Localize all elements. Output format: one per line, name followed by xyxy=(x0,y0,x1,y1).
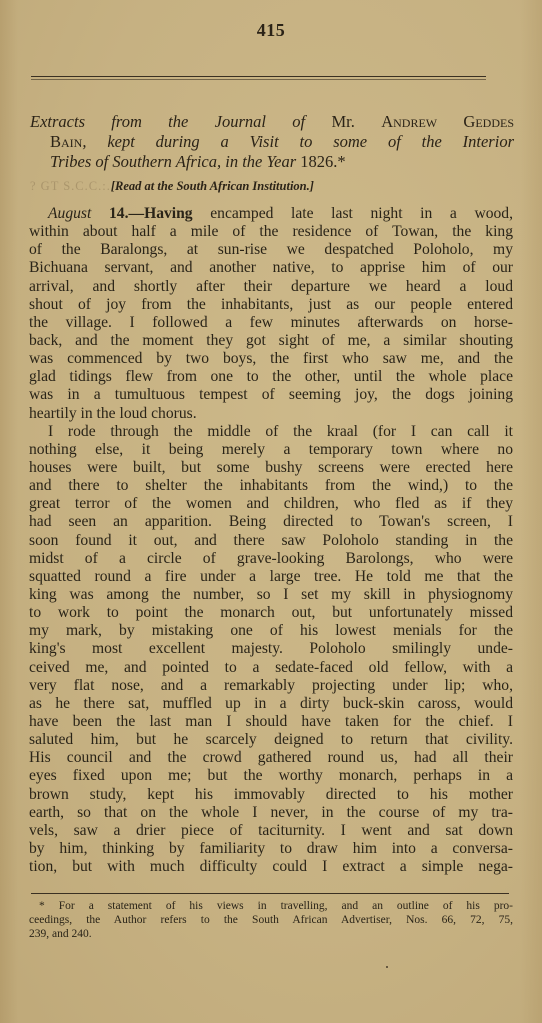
page-number: 415 xyxy=(0,20,542,41)
body-line: vels, saw a drier piece of taciturnity. … xyxy=(29,822,513,840)
footnote: * For a statement of his views in travel… xyxy=(29,899,513,941)
body-line: was commenced by two boys, the first who… xyxy=(29,350,513,368)
title-text: , kept during a Visit to some of the Int… xyxy=(82,132,514,151)
book-page: 415 Extracts from the Journal of Mr. And… xyxy=(0,0,542,1023)
body-line: great terror of the women and children, … xyxy=(29,495,513,513)
body-line: the village. I followed a few minutes af… xyxy=(29,314,513,332)
body-line: by him, thinking by familiarity to draw … xyxy=(29,840,513,858)
body-line: as he there sat, muffled up in a dirty b… xyxy=(29,695,513,713)
body-line: August 14.—Having encamped late last nig… xyxy=(29,205,513,223)
body-line: of the Baralongs, at sun-rise we despatc… xyxy=(29,241,513,259)
body-line: within about half a mile of the residenc… xyxy=(29,223,513,241)
body-line: had seen an apparition. Being directed t… xyxy=(29,513,513,531)
body-text: August 14.—Having encamped late last nig… xyxy=(29,205,513,876)
body-line: I rode through the middle of the kraal (… xyxy=(29,423,513,441)
read-note: ? GT S.C.C.:.[Read at the South African … xyxy=(30,179,314,194)
title-text: Extracts from the Journal of xyxy=(30,112,305,131)
body-line: was in a tumultuous tempest of seeming j… xyxy=(29,386,513,404)
body-line: have been the last man I should have tak… xyxy=(29,713,513,731)
title-text: Tribes of Southern Africa, in the Year xyxy=(50,152,296,171)
header-rule xyxy=(31,76,486,77)
footnote-line: ceedings, the Author refers to the South… xyxy=(29,913,513,927)
title-honorific: Mr. xyxy=(331,112,354,131)
body-line: midst of a circle of grave-looking Barol… xyxy=(29,550,513,568)
body-line: nothing else, it being merely a temporar… xyxy=(29,441,513,459)
body-line: saluted him, but he scarcely deigned to … xyxy=(29,731,513,749)
body-line: earth, so that on the whole I never, in … xyxy=(29,804,513,822)
footnote-rule xyxy=(31,893,509,894)
body-line: my mark, by mistaking one of his lowest … xyxy=(29,622,513,640)
body-line: eyes fixed upon me; but the worthy monar… xyxy=(29,767,513,785)
body-line: brown study, kept his immovably directed… xyxy=(29,786,513,804)
body-line: and there to shelter the inhabitants fro… xyxy=(29,477,513,495)
body-line: soon found it out, and there saw Polohol… xyxy=(29,532,513,550)
body-line: heartily in the loud chorus. xyxy=(29,405,513,423)
read-note-text: [Read at the South African Institution.] xyxy=(111,179,314,193)
header-rule-secondary xyxy=(31,79,486,80)
body-line: ceived me, and pointed to a sedate-faced… xyxy=(29,659,513,677)
body-line: shout of joy from the inhabitants, just … xyxy=(29,296,513,314)
paper-speck xyxy=(386,966,388,968)
body-line: king's most excellent majesty. Poloholo … xyxy=(29,640,513,658)
body-line: to work to point the monarch out, but un… xyxy=(29,604,513,622)
body-line: Bichuana servant, and another native, to… xyxy=(29,259,513,277)
body-line: arrival, and shortly after their departu… xyxy=(29,278,513,296)
body-line-text: Having encamped late last night in a woo… xyxy=(144,205,513,222)
title-line-3: Tribes of Southern Africa, in the Year 1… xyxy=(30,152,514,172)
author-name: Andrew Geddes xyxy=(381,112,514,131)
bleed-through-text: ? GT S.C.C.:. xyxy=(30,179,111,193)
body-line: glad tidings flew from one to the other,… xyxy=(29,368,513,386)
entry-date: August xyxy=(48,205,91,222)
body-line: squatted round a fire under a large tree… xyxy=(29,568,513,586)
article-title: Extracts from the Journal of Mr. Andrew … xyxy=(30,112,514,172)
entry-day: 14.— xyxy=(109,205,144,222)
footnote-line: 239, and 240. xyxy=(29,927,513,941)
body-line: tion, but with much difficulty could I e… xyxy=(29,858,513,876)
title-line-1: Extracts from the Journal of Mr. Andrew … xyxy=(30,112,514,132)
author-surname: Bain xyxy=(50,132,82,151)
title-year: 1826.* xyxy=(300,152,345,171)
body-line: king was among the number, so I set my s… xyxy=(29,586,513,604)
body-line: houses were built, but some bushy screen… xyxy=(29,459,513,477)
body-line: very flat nose, and a remarkably project… xyxy=(29,677,513,695)
title-line-2: Bain, kept during a Visit to some of the… xyxy=(30,132,514,152)
body-line: His council and the crowd gathered round… xyxy=(29,749,513,767)
body-line: back, and the moment they got sight of m… xyxy=(29,332,513,350)
footnote-line: * For a statement of his views in travel… xyxy=(29,899,513,913)
